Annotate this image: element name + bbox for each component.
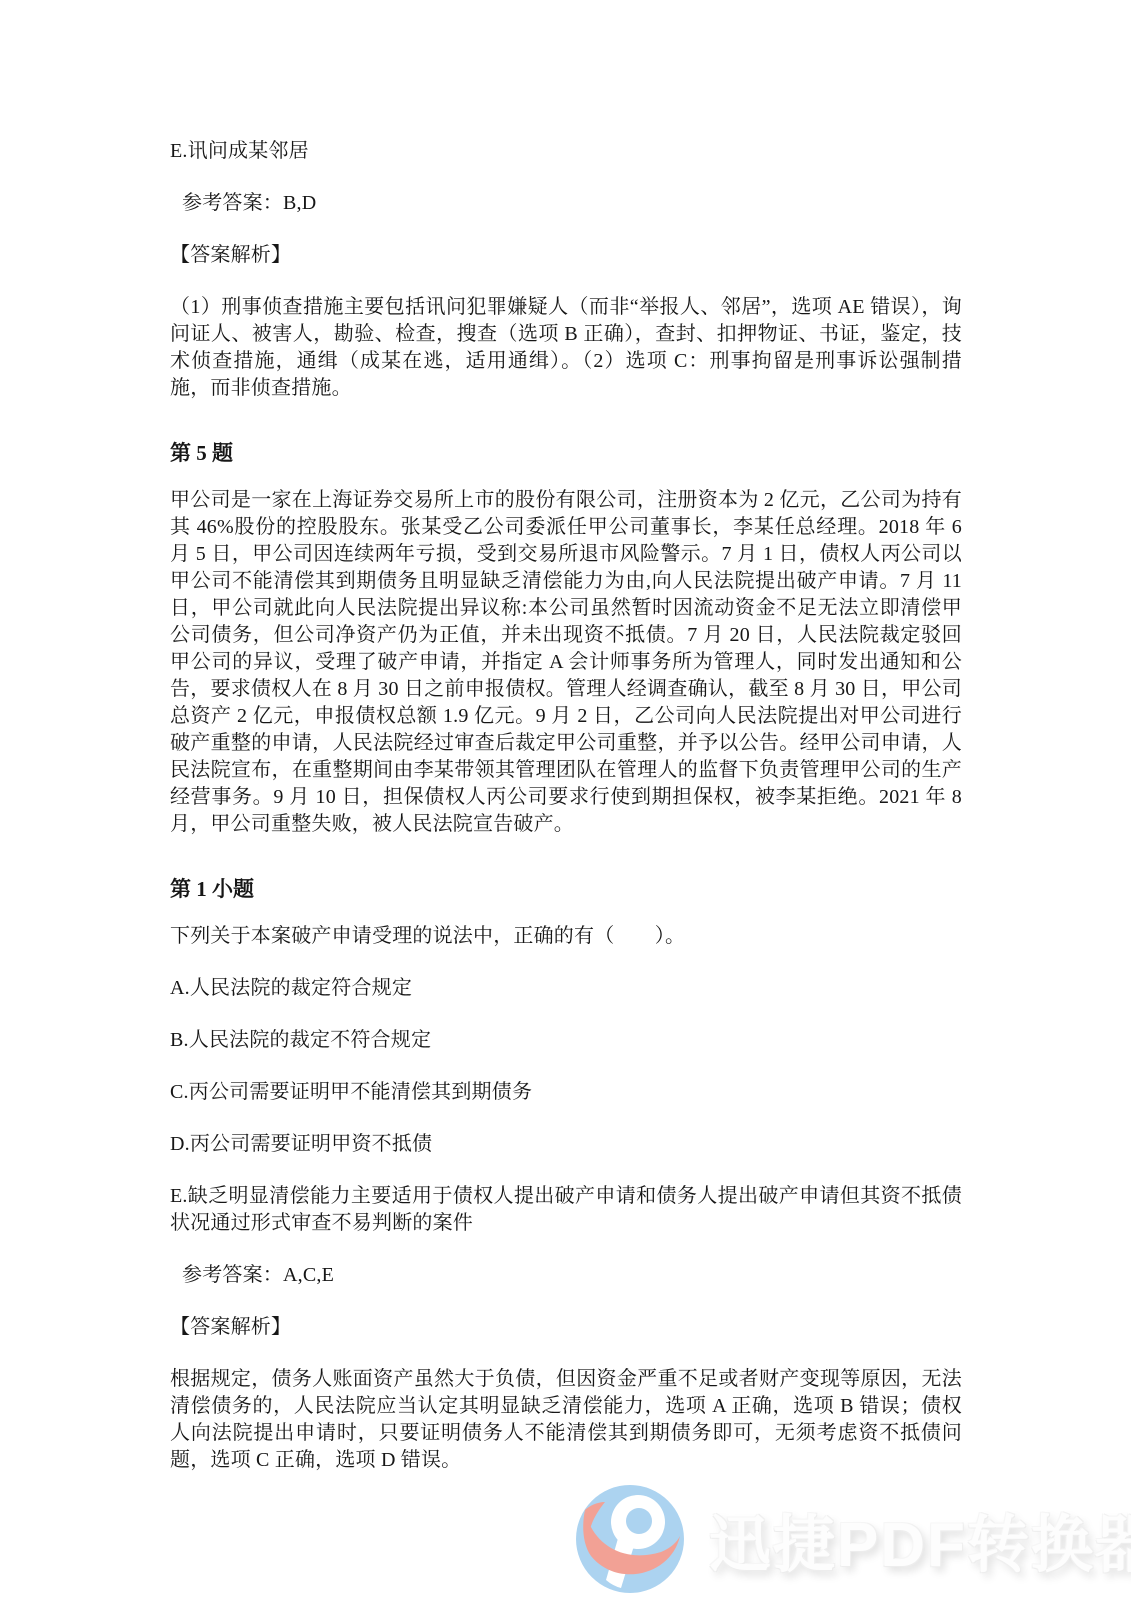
sub-question1-option-b: B.人民法院的裁定不符合规定 xyxy=(170,1027,962,1054)
q4-option-e: E.讯问成某邻居 xyxy=(170,138,962,165)
pdf-converter-watermark: 迅捷PDF转换器 xyxy=(575,1484,1131,1594)
sub-question1-analysis-text: 根据规定，债务人账面资产虽然大于负债，但因资金严重不足或者财产变现等原因，无法清… xyxy=(170,1366,962,1474)
watermark-text: 迅捷PDF转换器 xyxy=(709,1495,1131,1584)
sub-question1-option-a: A.人民法院的裁定符合规定 xyxy=(170,975,962,1002)
sub-question1-option-e: E.缺乏明显清偿能力主要适用于债权人提出破产申请和债务人提出破产申请但其资不抵债… xyxy=(170,1183,962,1237)
sub-question1-title: 第 1 小题 xyxy=(170,876,962,903)
pdf-converter-logo-icon xyxy=(575,1484,685,1594)
sub-question1-analysis-title: 【答案解析】 xyxy=(170,1314,962,1341)
document-page: E.讯问成某邻居 参考答案：B,D 【答案解析】 （1）刑事侦查措施主要包括讯问… xyxy=(0,0,1131,1600)
sub-question1-stem: 下列关于本案破产申请受理的说法中，正确的有（ ）。 xyxy=(170,923,962,950)
question5-title: 第 5 题 xyxy=(170,440,962,467)
document-content: E.讯问成某邻居 参考答案：B,D 【答案解析】 （1）刑事侦查措施主要包括讯问… xyxy=(170,138,962,1499)
sub-question1-reference-answer: 参考答案：A,C,E xyxy=(170,1262,962,1289)
sub-question1-option-c: C.丙公司需要证明甲不能清偿其到期债务 xyxy=(170,1079,962,1106)
q4-analysis-text: （1）刑事侦查措施主要包括讯问犯罪嫌疑人（而非“举报人、邻居”，选项 AE 错误… xyxy=(170,294,962,402)
q4-reference-answer: 参考答案：B,D xyxy=(170,190,962,217)
q4-analysis-title: 【答案解析】 xyxy=(170,242,962,269)
question5-stem: 甲公司是一家在上海证券交易所上市的股份有限公司，注册资本为 2 亿元，乙公司为持… xyxy=(170,487,962,838)
sub-question1-option-d: D.丙公司需要证明甲资不抵债 xyxy=(170,1131,962,1158)
